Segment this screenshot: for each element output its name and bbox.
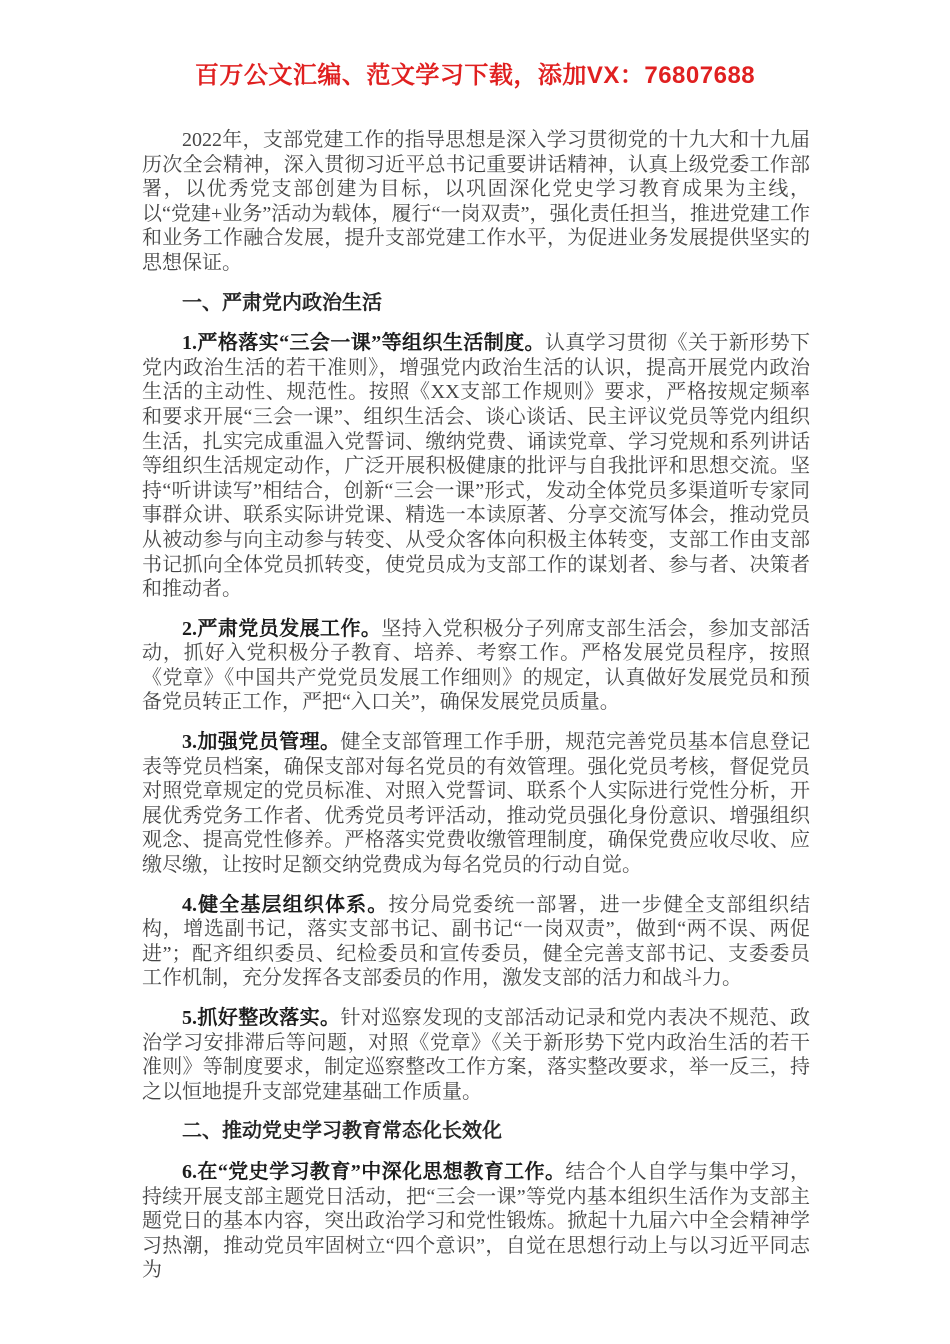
item-paragraph-1: 1.严格落实“三会一课”等组织生活制度。认真学习贯彻《关于新形势下党内政治生活的…	[142, 331, 810, 602]
item-5-lead: 5.抓好整改落实。	[182, 1007, 340, 1029]
intro-paragraph: 2022年，支部党建工作的指导思想是深入学习贯彻党的十九大和十九届历次全会精神，…	[142, 128, 810, 276]
section-1-heading: 一、严肃党内政治生活	[142, 291, 810, 316]
item-6-lead: 6.在“党史学习教育”中深化思想教育工作。	[182, 1161, 565, 1183]
item-2-lead: 2.严肃党员发展工作。	[182, 618, 381, 640]
promo-text: 百万公文汇编、范文学习下载，添加VX：76807688	[195, 62, 755, 89]
item-3-lead: 3.加强党员管理。	[182, 731, 340, 753]
section-2-heading: 二、推动党史学习教育常态化长效化	[142, 1119, 810, 1144]
item-1-body: 认真学习贯彻《关于新形势下党内政治生活的若干准则》，增强党内政治生活的认识，提高…	[142, 332, 810, 600]
item-4-lead: 4.健全基层组织体系。	[182, 894, 388, 916]
item-paragraph-3: 3.加强党员管理。健全支部管理工作手册，规范完善党员基本信息登记表等党员档案，确…	[142, 730, 810, 878]
document-page: 百万公文汇编、范文学习下载，添加VX：76807688 2022年，支部党建工作…	[0, 0, 950, 1344]
item-paragraph-5: 5.抓好整改落实。针对巡察发现的支部活动记录和党内表决不规范、政治学习安排滞后等…	[142, 1006, 810, 1104]
item-1-lead: 1.严格落实“三会一课”等组织生活制度。	[182, 332, 545, 354]
item-paragraph-2: 2.严肃党员发展工作。坚持入党积极分子列席支部生活会，参加支部活动，抓好入党积极…	[142, 617, 810, 715]
document-content: 2022年，支部党建工作的指导思想是深入学习贯彻党的十九大和十九届历次全会精神，…	[142, 128, 810, 1283]
item-paragraph-6: 6.在“党史学习教育”中深化思想教育工作。结合个人自学与集中学习，持续开展支部主…	[142, 1160, 810, 1283]
item-paragraph-4: 4.健全基层组织体系。按分局党委统一部署，进一步健全支部组织结构，增选副书记，落…	[142, 893, 810, 991]
promo-banner: 百万公文汇编、范文学习下载，添加VX：76807688	[0, 60, 950, 92]
